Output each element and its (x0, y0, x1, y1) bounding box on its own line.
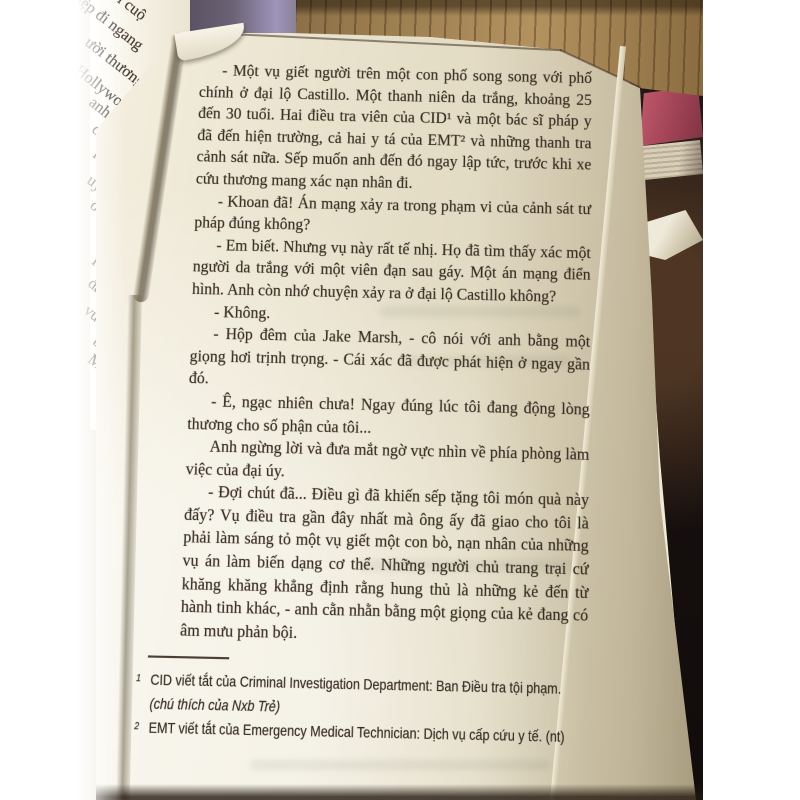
bottom-edge-shadow (96, 784, 703, 800)
stacked-book-pages (642, 140, 703, 180)
body-paragraph: - Hộp đêm của Jake Marsh, - cô nói với a… (189, 323, 591, 399)
footnote-text: CID viết tắt của Criminal Investigation … (150, 671, 561, 697)
body-paragraph: - Em biết. Nhưng vụ này rất tế nhị. Họ đ… (192, 234, 591, 309)
footnotes: 1CID viết tắt của Criminal Investigation… (130, 667, 581, 749)
page-showthrough-smudge (250, 760, 550, 770)
footnote-marker: 1 (136, 668, 142, 692)
footnote-marker: 2 (134, 715, 140, 739)
page-text-block: - Một vụ giết người trên một con phố son… (176, 60, 592, 750)
photo-canvas: ời cuộ iệp đi ngang ười thương Hollywood… (0, 0, 800, 800)
red-book-cover (640, 86, 703, 146)
footnote-note: (chú thích của Nxb Trẻ) (149, 695, 280, 715)
book-photo: ời cuộ iệp đi ngang ười thương Hollywood… (0, 0, 703, 800)
body-paragraph: - Đợi chút đã... Điều gì đã khiến sếp tặ… (180, 481, 589, 651)
overexposed-left-edge (0, 0, 124, 800)
body-paragraph: - Một vụ giết người trên một con phố son… (196, 60, 592, 199)
